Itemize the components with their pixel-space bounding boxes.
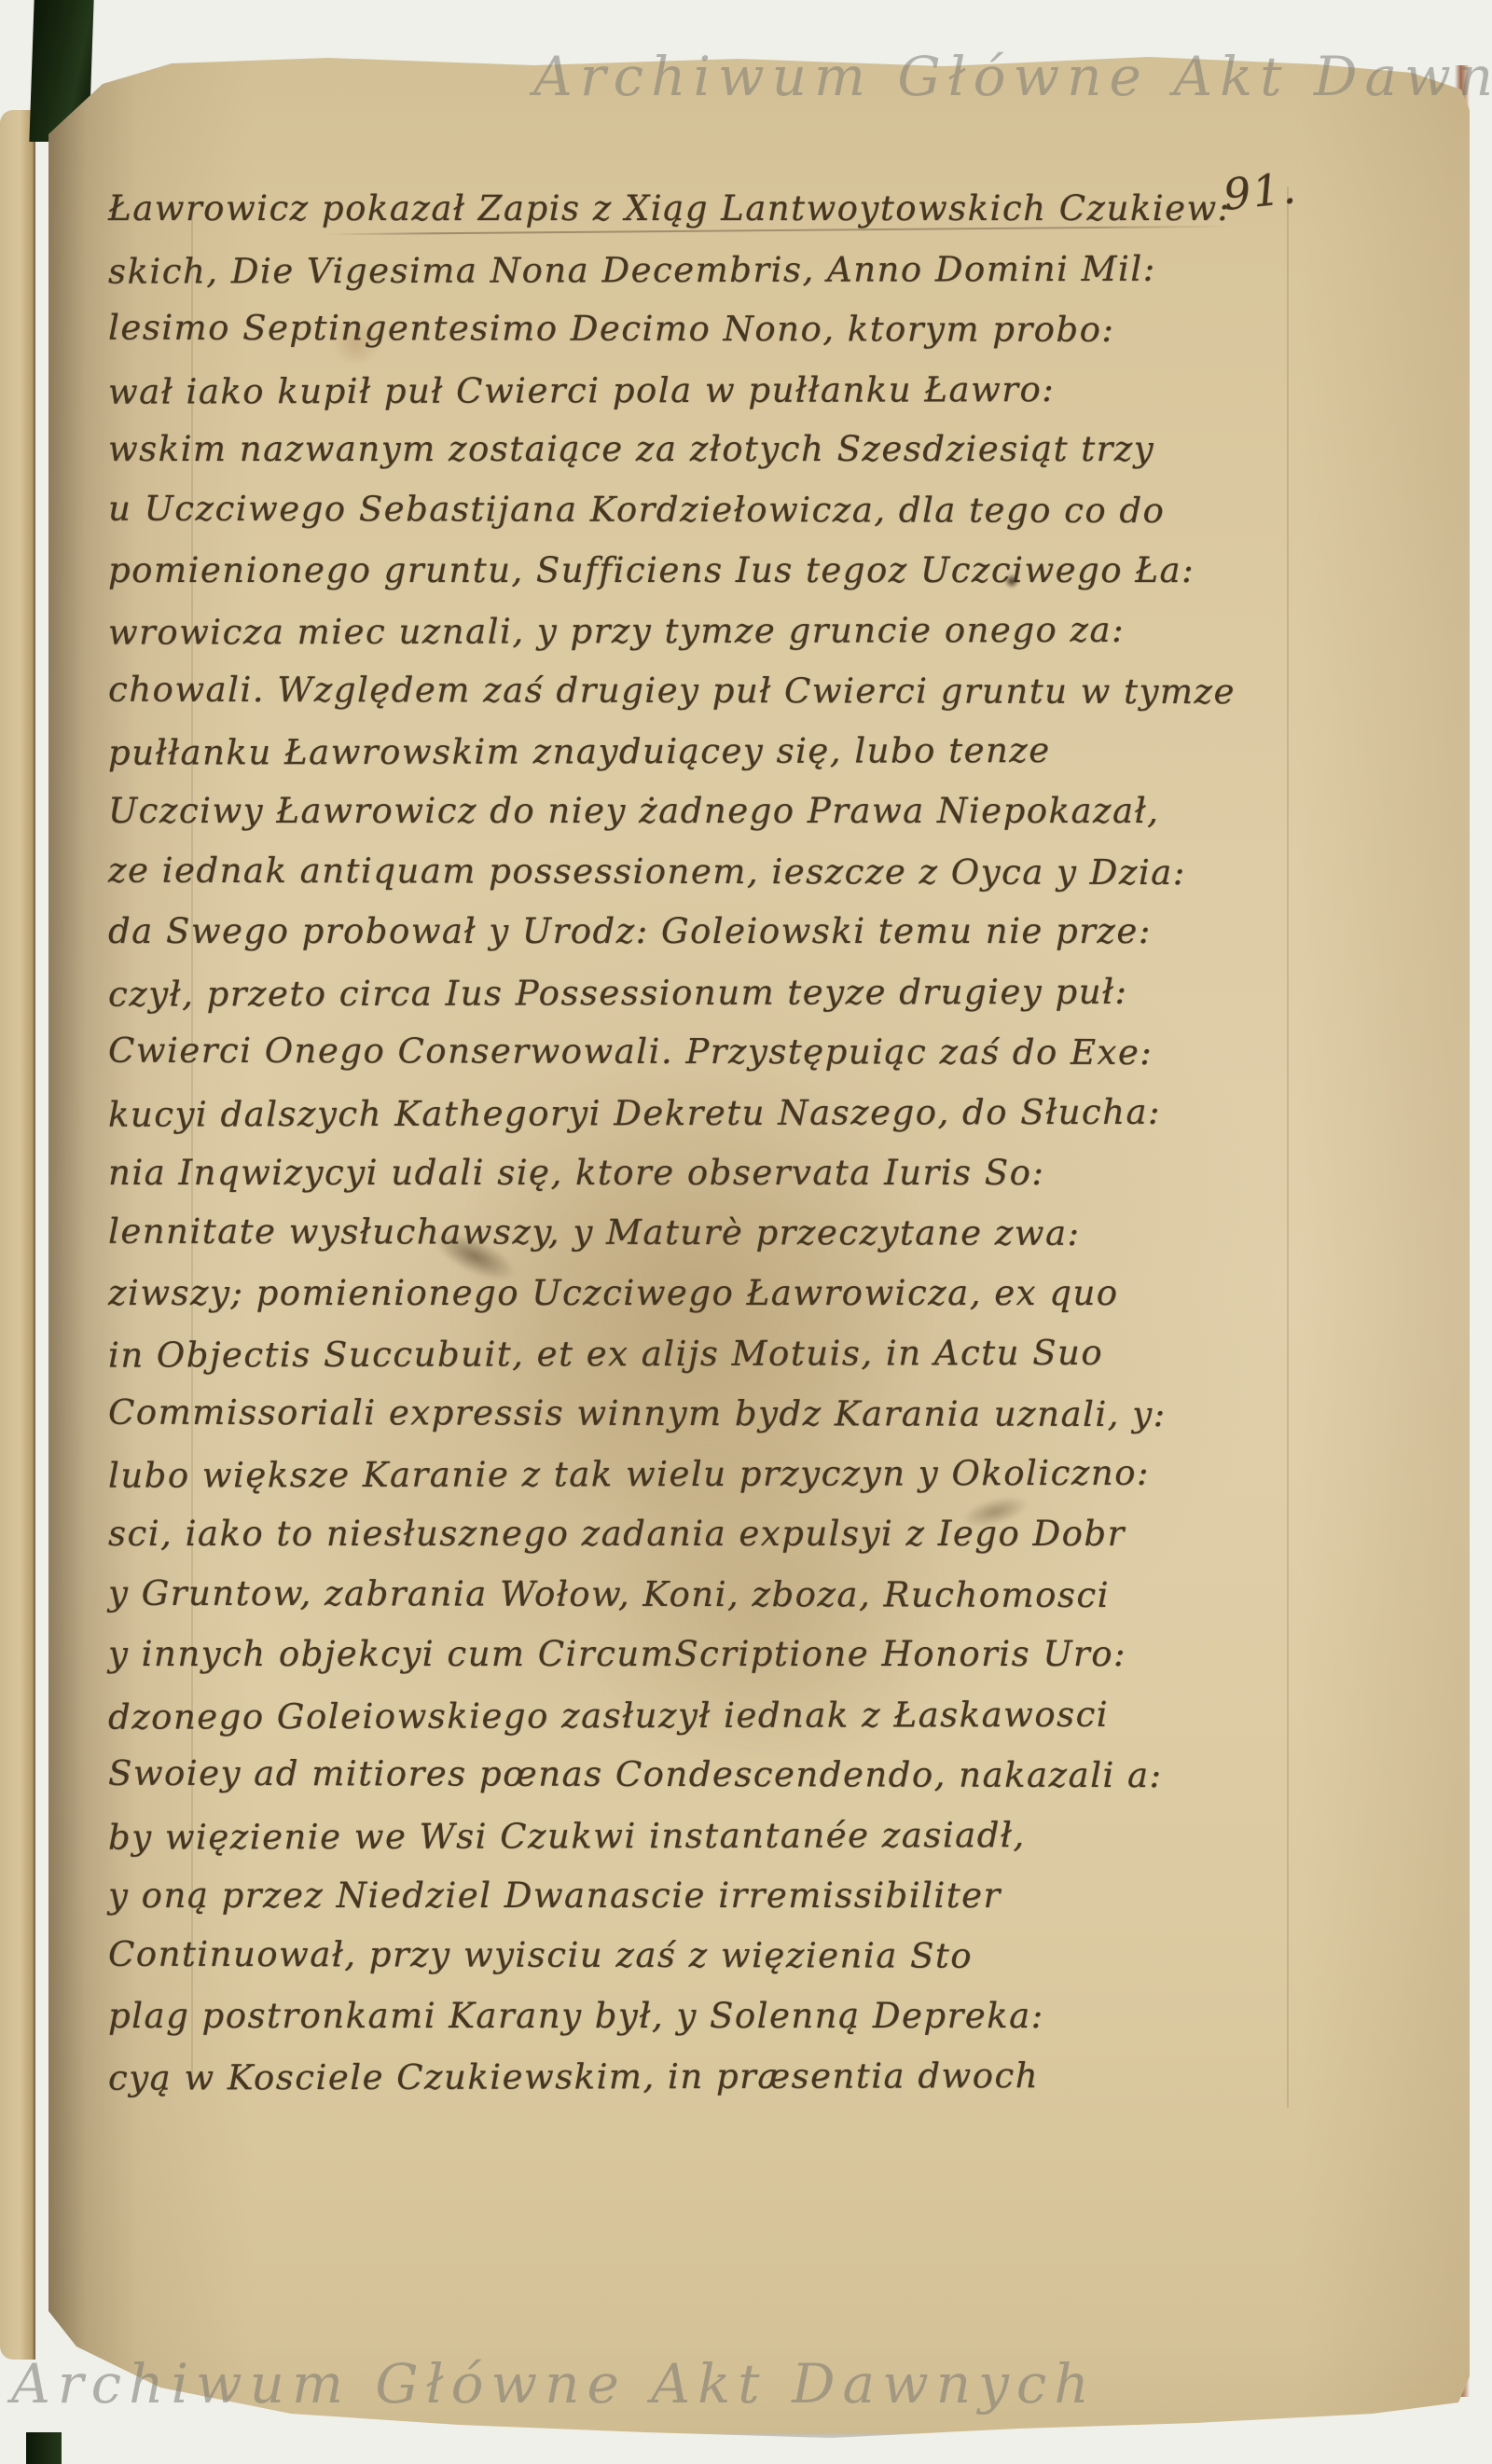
manuscript-line: Cwierci Onego Conserwowali. Przystępuiąc…: [108, 1031, 1274, 1093]
manuscript-line: y innych objekcyi cum CircumScriptione H…: [108, 1634, 1274, 1695]
manuscript-line: in Objectis Succubuit, et ex alijs Motui…: [108, 1333, 1274, 1396]
manuscript-line: Ławrowicz pokazał Zapis z Xiąg Lantwoyto…: [108, 188, 1274, 249]
manuscript-line: da Swego probował y Urodz: Goleiowski te…: [108, 911, 1274, 972]
manuscript-line: nia Inqwizycyi udali się, ktore observat…: [108, 1153, 1274, 1213]
manuscript-line: kucyi dalszych Kathegoryi Dekretu Naszeg…: [108, 1091, 1274, 1155]
manuscript-line: wskim nazwanym zostaiące za złotych Szes…: [108, 429, 1274, 490]
manuscript-line: skich, Die Vigesima Nona Decembris, Anno…: [108, 248, 1274, 311]
manuscript-line: sci, iako to niesłusznego zadania expuls…: [108, 1514, 1274, 1574]
manuscript-line: Commissoriali expressis winnym bydz Kara…: [108, 1392, 1274, 1455]
manuscript-line: lubo większe Karanie z tak wielu przyczy…: [108, 1453, 1274, 1516]
manuscript-line: Uczciwy Ławrowicz do niey żadnego Prawa …: [108, 791, 1274, 851]
manuscript-line: Continuował, przy wyisciu zaś z więzieni…: [108, 1934, 1274, 1997]
manuscript-line: u Uczciwego Sebastijana Kordziełowicza, …: [108, 489, 1274, 551]
manuscript-line: pułłanku Ławrowskim znayduiącey się, lub…: [108, 730, 1274, 794]
manuscript-line: ze iednak antiquam possessionem, ieszcze…: [108, 850, 1274, 912]
archive-watermark-top: Archiwum Główne Akt Dawnych: [533, 45, 1492, 108]
scanned-manuscript-view: { "watermarks": { "top": "Archiwum Główn…: [0, 0, 1492, 2464]
manuscript-line: czył, przeto circa Ius Possessionum teyz…: [108, 971, 1274, 1034]
manuscript-line: dzonego Goleiowskiego zasłuzył iednak z …: [108, 1694, 1274, 1757]
manuscript-line: plag postronkami Karany był, y Solenną D…: [108, 1996, 1274, 2056]
manuscript-text-block: Ławrowicz pokazał Zapis z Xiąg Lantwoyto…: [108, 188, 1274, 2116]
previous-page-edge: [0, 110, 35, 2360]
manuscript-line: by więzienie we Wsi Czukwi instantanée z…: [108, 1814, 1274, 1877]
manuscript-line: pomienionego gruntu, Sufficiens Ius tego…: [108, 550, 1274, 611]
manuscript-line: wrowicza miec uznali, y przy tymze grunc…: [108, 610, 1274, 673]
archive-watermark-bottom: Archiwum Główne Akt Dawnych: [11, 2352, 1097, 2416]
manuscript-line: Swoiey ad mitiores pœnas Condescendendo,…: [108, 1753, 1274, 1816]
manuscript-line: lesimo Septingentesimo Decimo Nono, ktor…: [108, 308, 1274, 370]
manuscript-line: chowali. Względem zaś drugiey puł Cwierc…: [108, 669, 1274, 731]
bookmark-ribbon-bottom: [26, 2432, 62, 2464]
manuscript-line: wał iako kupił puł Cwierci pola w pułłan…: [108, 368, 1274, 432]
manuscript-line: y oną przez Niedziel Dwanascie irremissi…: [108, 1876, 1274, 1936]
manuscript-line: y Gruntow, zabrania Wołow, Koni, zboza, …: [108, 1572, 1274, 1635]
manuscript-line: cyą w Kosciele Czukiewskim, in præsentia…: [108, 2056, 1274, 2119]
manuscript-line: ziwszy; pomienionego Uczciwego Ławrowicz…: [108, 1273, 1274, 1334]
right-margin-line: [1287, 187, 1289, 2108]
manuscript-line: lennitate wysłuchawszy, y Maturè przeczy…: [108, 1211, 1274, 1274]
